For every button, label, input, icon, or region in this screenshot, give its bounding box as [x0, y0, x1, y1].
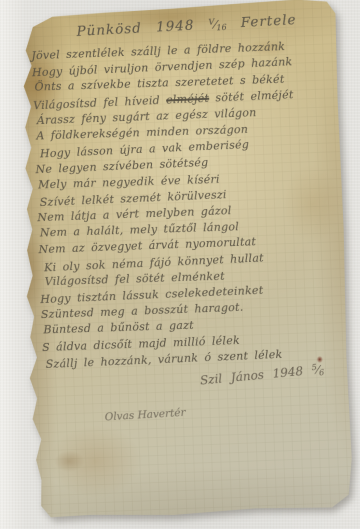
- signature-name: Szil János: [199, 368, 264, 388]
- signature-date-denominator: 6: [319, 368, 325, 377]
- title-line: Pünkösd 1948 V16 Fertele: [76, 10, 327, 40]
- poem: Jövel szentlélek szállj le a földre hozz…: [31, 37, 340, 372]
- title-author: Fertele: [240, 12, 297, 31]
- handwritten-content: Pünkösd 1948 V16 Fertele Jövel szentléle…: [6, 0, 356, 522]
- signature-year: 1948: [272, 364, 304, 381]
- line4-pre: Világosítsd fel híveid: [33, 93, 166, 112]
- crossed-out-word: elméjét: [166, 91, 210, 106]
- line4-post: sötét elméjét: [209, 88, 294, 105]
- signature-date-fraction: 56: [312, 366, 325, 377]
- title-date-fraction: V16: [209, 21, 227, 32]
- title-year: 1948: [156, 17, 195, 35]
- aged-paper: Pünkösd 1948 V16 Fertele Jövel szentléle…: [6, 0, 356, 522]
- paper-sheet: Pünkösd 1948 V16 Fertele Jövel szentléle…: [6, 0, 356, 522]
- title-occasion: Pünkösd: [76, 20, 142, 40]
- footnote-note: Olvas Havertér: [104, 398, 341, 424]
- photo-backdrop: Pünkösd 1948 V16 Fertele Jövel szentléle…: [0, 0, 360, 529]
- title-date-denominator: 16: [216, 23, 227, 33]
